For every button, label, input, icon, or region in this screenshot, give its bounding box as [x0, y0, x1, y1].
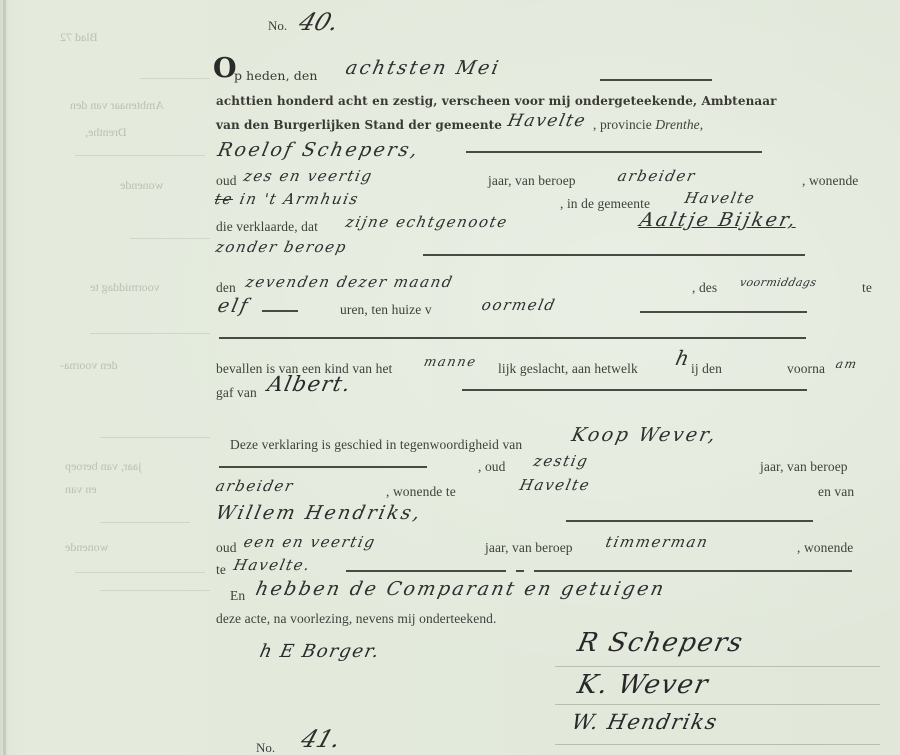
handwritten-witness1-occupation: arbeider — [214, 477, 296, 495]
bleed-through-line — [100, 590, 210, 591]
bleed-through-line — [140, 78, 210, 79]
printed-text: Deze verklaring is geschied in tegenwoor… — [230, 437, 522, 453]
printed-text: achttien honderd acht en zestig, versche… — [216, 94, 777, 108]
handwritten-occupation: arbeider — [616, 167, 698, 185]
fill-line — [262, 310, 298, 312]
fill-line — [516, 570, 524, 572]
dropcap: O — [213, 53, 237, 84]
page-edge — [3, 0, 6, 755]
printed-text: van den Burgerlijken Stand der gemeente — [216, 118, 502, 132]
signature-line — [555, 704, 880, 705]
bleed-through-text: Ambtenaar van den — [70, 98, 164, 113]
fill-line — [566, 520, 813, 522]
printed-text: te — [862, 280, 872, 296]
printed-text: , provincie — [593, 117, 652, 132]
printed-text: ij den — [691, 361, 722, 377]
handwritten-witness2-occupation: timmerman — [604, 533, 710, 551]
printed-text: voorna — [787, 361, 825, 377]
handwritten-child-name: Albert. — [265, 372, 354, 396]
signature-registrar: h E Borger. — [258, 641, 382, 662]
bleed-through-line — [75, 572, 205, 573]
handwritten-time-of-day: voormiddags — [739, 276, 818, 289]
next-act-number: 41. — [297, 725, 344, 753]
printed-text: lijk geslacht, aan hetwelk — [498, 361, 638, 377]
printed-text: , wonende — [797, 540, 853, 556]
bleed-through-text: wonende — [120, 178, 163, 193]
printed-text: die verklaarde, dat — [216, 219, 318, 235]
fill-line — [534, 570, 852, 572]
printed-text: deze acte, na voorlezing, nevens mij ond… — [216, 611, 497, 627]
handwritten-word-ending: am — [835, 357, 860, 371]
fill-line — [600, 79, 712, 81]
printed-text: , oud — [478, 459, 506, 475]
handwritten-residence: in 't Armhuis — [238, 190, 361, 208]
printed-text: , provincie Drenthe, — [593, 117, 703, 133]
signature-witness2: W. Hendriks — [569, 710, 720, 734]
printed-text: oud — [216, 540, 237, 556]
printed-text: , — [700, 117, 703, 132]
fill-line — [462, 389, 807, 391]
printed-text: jaar, van beroep — [488, 173, 576, 189]
signature-witness1: K. Wever — [575, 670, 712, 700]
printed-text: , in de gemeente — [560, 196, 650, 212]
printed-text: , des — [692, 280, 717, 296]
printed-text: te — [216, 562, 226, 578]
handwritten-hour: elf — [216, 295, 252, 317]
bleed-through-line — [90, 333, 210, 334]
handwritten-age: zes en veertig — [242, 167, 375, 185]
signature-line — [555, 666, 880, 667]
printed-text: , wonende te — [386, 484, 456, 500]
handwritten-declarant-name: Roelof Schepers, — [216, 139, 422, 161]
act-number-label: No. — [268, 18, 287, 34]
printed-text: En — [230, 588, 245, 604]
printed-text: , wonende — [802, 173, 858, 189]
printed-text: jaar, van beroep — [485, 540, 573, 556]
printed-text: en van — [818, 484, 854, 500]
bleed-through-line — [100, 522, 190, 523]
fill-line — [466, 151, 762, 153]
handwritten-mother-occupation: zonder beroep — [214, 238, 349, 256]
handwritten-witness1-name: Koop Wever, — [570, 424, 720, 446]
province-name: Drenthe — [655, 117, 699, 132]
printed-text: gaf van — [216, 385, 257, 401]
handwritten-strikethrough: te — [213, 190, 235, 208]
bleed-through-line — [75, 155, 205, 156]
bleed-through-text: wonende — [65, 540, 108, 555]
printed-text: p heden, den — [234, 68, 317, 83]
fill-line — [346, 570, 506, 572]
handwritten-sex: manne — [422, 355, 478, 370]
handwritten-witness2-age: een en veertig — [242, 533, 378, 551]
bleed-through-text: en van — [65, 482, 97, 497]
signature-line — [555, 744, 880, 745]
printed-text: den — [216, 280, 236, 296]
handwritten-closing: hebben de Comparant en getuigen — [254, 578, 668, 600]
printed-text: uren, ten huize v — [340, 302, 432, 318]
printed-text: jaar, van beroep — [760, 459, 848, 475]
fill-line — [640, 311, 807, 313]
next-act-number-label: No. — [256, 740, 275, 755]
handwritten-witness1-residence: Havelte — [518, 476, 592, 494]
bleed-through-text: voormiddag te — [90, 280, 160, 295]
bleed-through-text: den voorna- — [60, 358, 118, 373]
bleed-through-text: Drenthe, — [85, 125, 127, 140]
handwritten-witness1-age: zestig — [532, 452, 590, 470]
bleed-through-line — [100, 437, 210, 438]
signature-declarant: R Schepers — [575, 628, 747, 658]
handwritten-date: achtsten Mei — [344, 57, 503, 79]
handwritten-location: oormeld — [480, 296, 558, 314]
fill-line — [219, 337, 806, 339]
handwritten-birth-date: zevenden dezer maand — [244, 273, 455, 291]
handwritten-municipality: Havelte — [506, 111, 588, 131]
document-page: Blad 72 Ambtenaar van den Drenthe, wonen… — [0, 0, 900, 755]
handwritten-witness2-residence: Havelte. — [232, 556, 312, 574]
handwritten-relation: zijne echtgenoote — [344, 213, 510, 231]
handwritten-municipality: Havelte — [683, 189, 757, 207]
printed-text: oud — [216, 173, 237, 189]
fill-line — [423, 254, 805, 256]
bleed-through-line — [130, 238, 210, 239]
act-number: 40. — [295, 8, 342, 36]
fill-line — [219, 466, 427, 468]
handwritten-mother-name: Aaltje Bijker, — [638, 209, 800, 231]
bleed-through-text: jaar, van beroep — [65, 459, 141, 474]
handwritten-witness2-name: Willem Hendriks, — [214, 502, 424, 524]
bleed-through-text: Blad 72 — [60, 30, 98, 45]
